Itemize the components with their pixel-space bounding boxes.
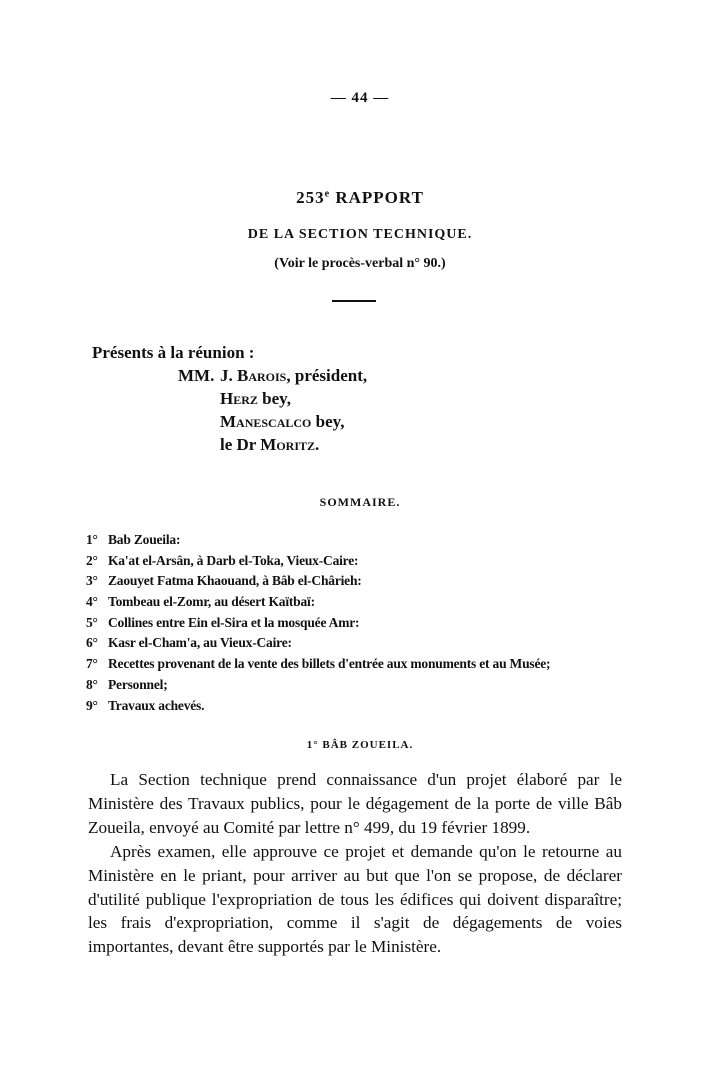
summary-item: 7°Recettes provenant de la vente des bil… [86, 654, 550, 675]
attendee-name: Herz [220, 389, 258, 408]
summary-item-text: Collines entre Ein el-Sira et la mosquée… [108, 615, 359, 630]
summary-item: 3°Zaouyet Fatma Khaouand, à Bâb el-Châri… [86, 571, 550, 592]
attendee: J. Barois, président, [220, 366, 367, 386]
attendee: le Dr Moritz. [220, 435, 319, 455]
summary-item-text: Kasr el-Cham'a, au Vieux-Caire: [108, 635, 292, 650]
summary-item-number: 1° [86, 530, 108, 551]
summary-item-text: Travaux achevés. [108, 698, 204, 713]
summary-item: 4°Tombeau el-Zomr, au désert Kaïtbaï: [86, 592, 550, 613]
summary-item-text: Recettes provenant de la vente des bille… [108, 656, 550, 671]
summary-item-number: 8° [86, 675, 108, 696]
summary-heading: SOMMAIRE. [0, 495, 720, 510]
summary-item-text: Zaouyet Fatma Khaouand, à Bâb el-Chârieh… [108, 573, 362, 588]
summary-item: 6°Kasr el-Cham'a, au Vieux-Caire: [86, 633, 550, 654]
page-number: — 44 — [0, 90, 720, 107]
summary-item-number: 3° [86, 571, 108, 592]
summary-item-text: Ka'at el-Arsân, à Darb el-Toka, Vieux-Ca… [108, 553, 358, 568]
reference-note: (Voir le procès-verbal n° 90.) [0, 256, 720, 272]
attendee-name: Moritz [260, 435, 315, 454]
report-number: 253 [296, 188, 325, 207]
attendee: Manescalco bey, [220, 412, 344, 432]
summary-item-number: 6° [86, 633, 108, 654]
attendee-name: Manescalco [220, 412, 311, 431]
body-paragraph: Après examen, elle approuve ce projet et… [88, 840, 622, 960]
summary-item: 8°Personnel; [86, 675, 550, 696]
report-subtitle: DE LA SECTION TECHNIQUE. [0, 227, 720, 243]
summary-item-text: Bab Zoueila: [108, 532, 180, 547]
summary-item: 9°Travaux achevés. [86, 696, 550, 717]
summary-item: 1°Bab Zoueila: [86, 530, 550, 551]
section-heading: 1° BÂB ZOUEILA. [0, 739, 720, 751]
section-body: La Section technique prend connaissance … [88, 768, 622, 959]
summary-item: 2°Ka'at el-Arsân, à Darb el-Toka, Vieux-… [86, 551, 550, 572]
attendee-name: Barois [237, 366, 286, 385]
summary-item-number: 7° [86, 654, 108, 675]
summary-item-number: 4° [86, 592, 108, 613]
report-title: 253e RAPPORT [0, 188, 720, 208]
report-word: RAPPORT [330, 188, 424, 207]
summary-item-number: 5° [86, 613, 108, 634]
summary-item-number: 2° [86, 551, 108, 572]
summary-item: 5°Collines entre Ein el-Sira et la mosqu… [86, 613, 550, 634]
summary-list: 1°Bab Zoueila: 2°Ka'at el-Arsân, à Darb … [86, 530, 550, 716]
summary-item-text: Tombeau el-Zomr, au désert Kaïtbaï: [108, 594, 315, 609]
summary-item-number: 9° [86, 696, 108, 717]
attendee: Herz bey, [220, 389, 291, 409]
summary-item-text: Personnel; [108, 677, 168, 692]
body-paragraph: La Section technique prend connaissance … [88, 768, 622, 840]
title-divider [332, 300, 376, 302]
attendance-label: Présents à la réunion : [92, 343, 254, 363]
attendance-honorific: MM. [178, 366, 214, 386]
